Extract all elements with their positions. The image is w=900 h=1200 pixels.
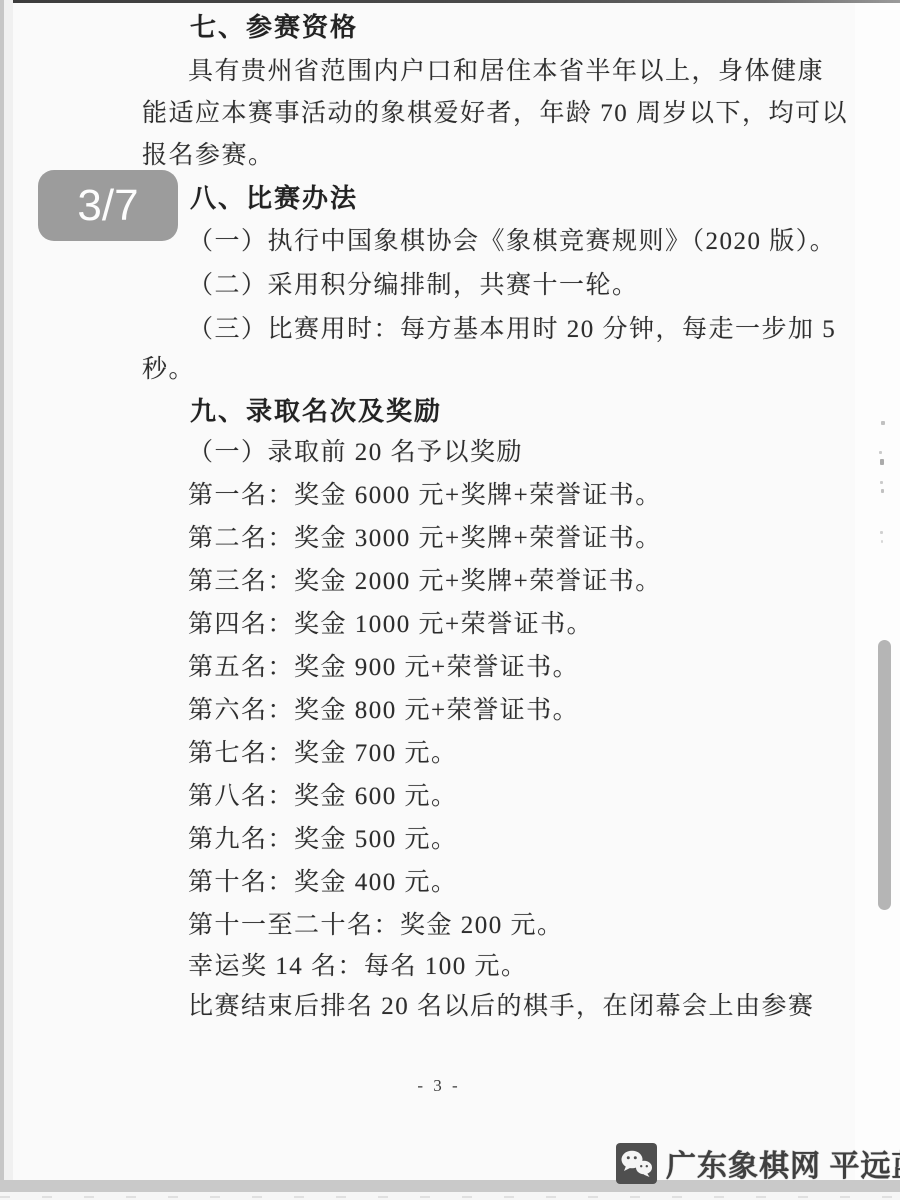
closing-paragraph-line: 比赛结束后排名 20 名以后的棋手，在闭幕会上由参赛 [188, 992, 815, 1022]
page-number-footer: - 3 - [0, 1076, 878, 1096]
page-indicator-badge: 3/7 [38, 170, 178, 241]
scan-artifact [879, 451, 882, 454]
paragraph-line: 报名参赛。 [142, 141, 275, 171]
rule-line-continuation: 秒。 [142, 355, 195, 385]
page-indicator-label: 3/7 [77, 181, 138, 231]
page-right-margin [855, 3, 900, 1180]
scan-artifact [880, 459, 884, 465]
paragraph-line: 具有贵州省范围内户口和居住本省半年以上，身体健康 [188, 57, 824, 87]
scan-artifact [880, 481, 883, 484]
prize-line-3: 第三名：奖金 2000 元+奖牌+荣誉证书。 [188, 567, 662, 597]
scan-artifact [880, 531, 883, 534]
prize-line-1: 第一名：奖金 6000 元+奖牌+荣誉证书。 [188, 481, 662, 511]
prize-line-5: 第五名：奖金 900 元+荣誉证书。 [188, 653, 579, 683]
scan-artifact [881, 489, 884, 493]
rule-line: （三）比赛用时：每方基本用时 20 分钟，每走一步加 5 [188, 315, 836, 345]
prize-line-4: 第四名：奖金 1000 元+荣誉证书。 [188, 610, 593, 640]
photo-left-edge-soft [4, 0, 13, 1200]
rule-line: （二）采用积分编排制，共赛十一轮。 [188, 271, 639, 301]
section-heading-competition-method: 八、比赛办法 [190, 183, 358, 213]
photo-bottom-dashes [0, 1196, 900, 1198]
section-heading-entry-qualification: 七、参赛资格 [190, 12, 358, 42]
wechat-icon [616, 1143, 657, 1184]
rule-line: （一）执行中国象棋协会《象棋竞赛规则》（2020 版）。 [188, 227, 836, 257]
vertical-scrollbar-thumb[interactable] [878, 640, 891, 910]
section-heading-rankings-awards: 九、录取名次及奖励 [190, 396, 442, 426]
prize-line-9: 第九名：奖金 500 元。 [188, 825, 458, 855]
scan-artifact [881, 421, 885, 425]
scan-artifact [881, 540, 883, 543]
prize-line-6: 第六名：奖金 800 元+荣誉证书。 [188, 696, 579, 726]
prize-line-11-20: 第十一至二十名：奖金 200 元。 [188, 911, 564, 941]
award-intro-line: （一）录取前 20 名予以奖励 [188, 438, 523, 468]
paragraph-line: 能适应本赛事活动的象棋爱好者，年龄 70 周岁以下，均可以 [142, 99, 848, 129]
photo-top-edge [0, 0, 900, 3]
prize-line-10: 第十名：奖金 400 元。 [188, 868, 458, 898]
watermark: 广东象棋网 平远蓝天 [616, 1142, 900, 1184]
document-viewer: 七、参赛资格 具有贵州省范围内户口和居住本省半年以上，身体健康 能适应本赛事活动… [0, 0, 900, 1200]
watermark-text: 广东象棋网 平远蓝天 [666, 1141, 900, 1185]
lucky-prize-line: 幸运奖 14 名：每名 100 元。 [188, 952, 528, 982]
prize-line-8: 第八名：奖金 600 元。 [188, 782, 458, 812]
prize-line-2: 第二名：奖金 3000 元+奖牌+荣誉证书。 [188, 524, 662, 554]
prize-line-7: 第七名：奖金 700 元。 [188, 739, 458, 769]
